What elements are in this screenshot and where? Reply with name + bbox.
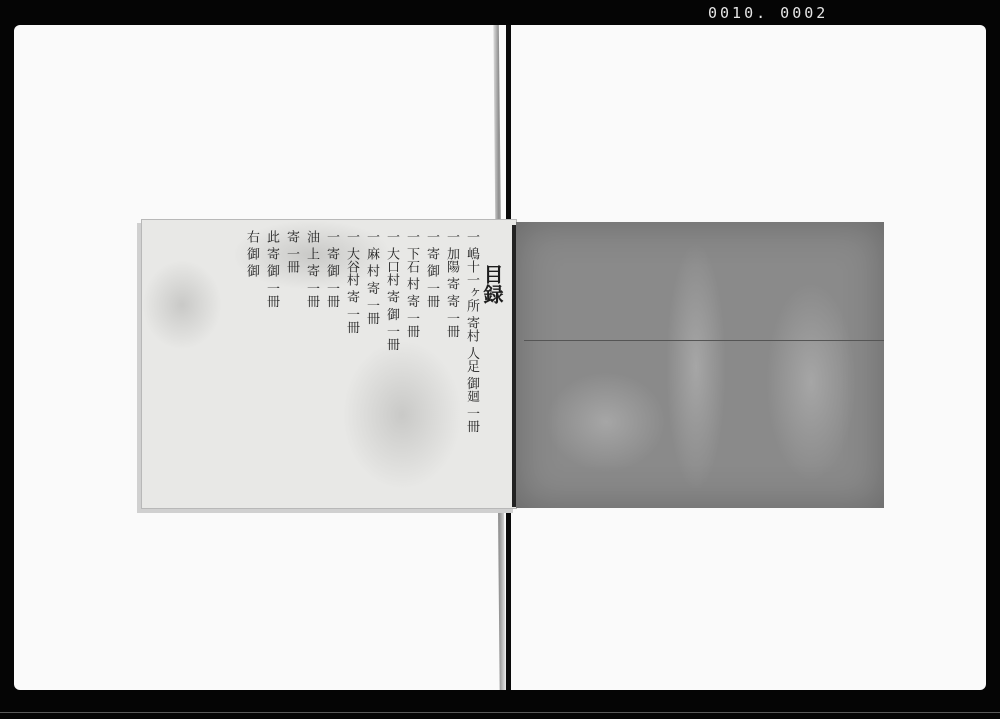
document-title: 目録 — [483, 230, 500, 500]
fold-line — [524, 340, 884, 341]
entry-1: 一 嶋十一ヶ所 寄村 人足 御廻 一冊 — [463, 230, 480, 500]
entry-11: 此 寄 御 一冊 — [263, 230, 280, 500]
document-text: 目録 一 嶋十一ヶ所 寄村 人足 御廻 一冊 一 加陽 寄 寄 一冊 一 寄 御… — [243, 230, 500, 500]
entry-3: 一 寄 御 一冊 — [423, 230, 440, 500]
entry-9: 油 上 寄 一冊 — [303, 230, 320, 500]
frame-number: 0010. 0002 — [708, 4, 828, 22]
entry-6: 一 麻 村 寄 一冊 — [363, 230, 380, 500]
entry-10: 寄 一冊 — [283, 230, 300, 500]
entry-7: 一 大谷村 寄 一冊 — [343, 230, 360, 500]
entry-4: 一 下石 村 寄 一冊 — [403, 230, 420, 500]
entry-8: 一 寄 御 一冊 — [323, 230, 340, 500]
left-document-page: 目録 一 嶋十一ヶ所 寄村 人足 御廻 一冊 一 加陽 寄 寄 一冊 一 寄 御… — [141, 219, 517, 509]
entry-2: 一 加陽 寄 寄 一冊 — [443, 230, 460, 500]
entry-12: 右 御 御 — [243, 230, 260, 500]
right-cover-sheet — [516, 222, 884, 508]
entry-5: 一 大口村 寄 御 一冊 — [383, 230, 400, 500]
film-edge-line — [0, 712, 1000, 713]
